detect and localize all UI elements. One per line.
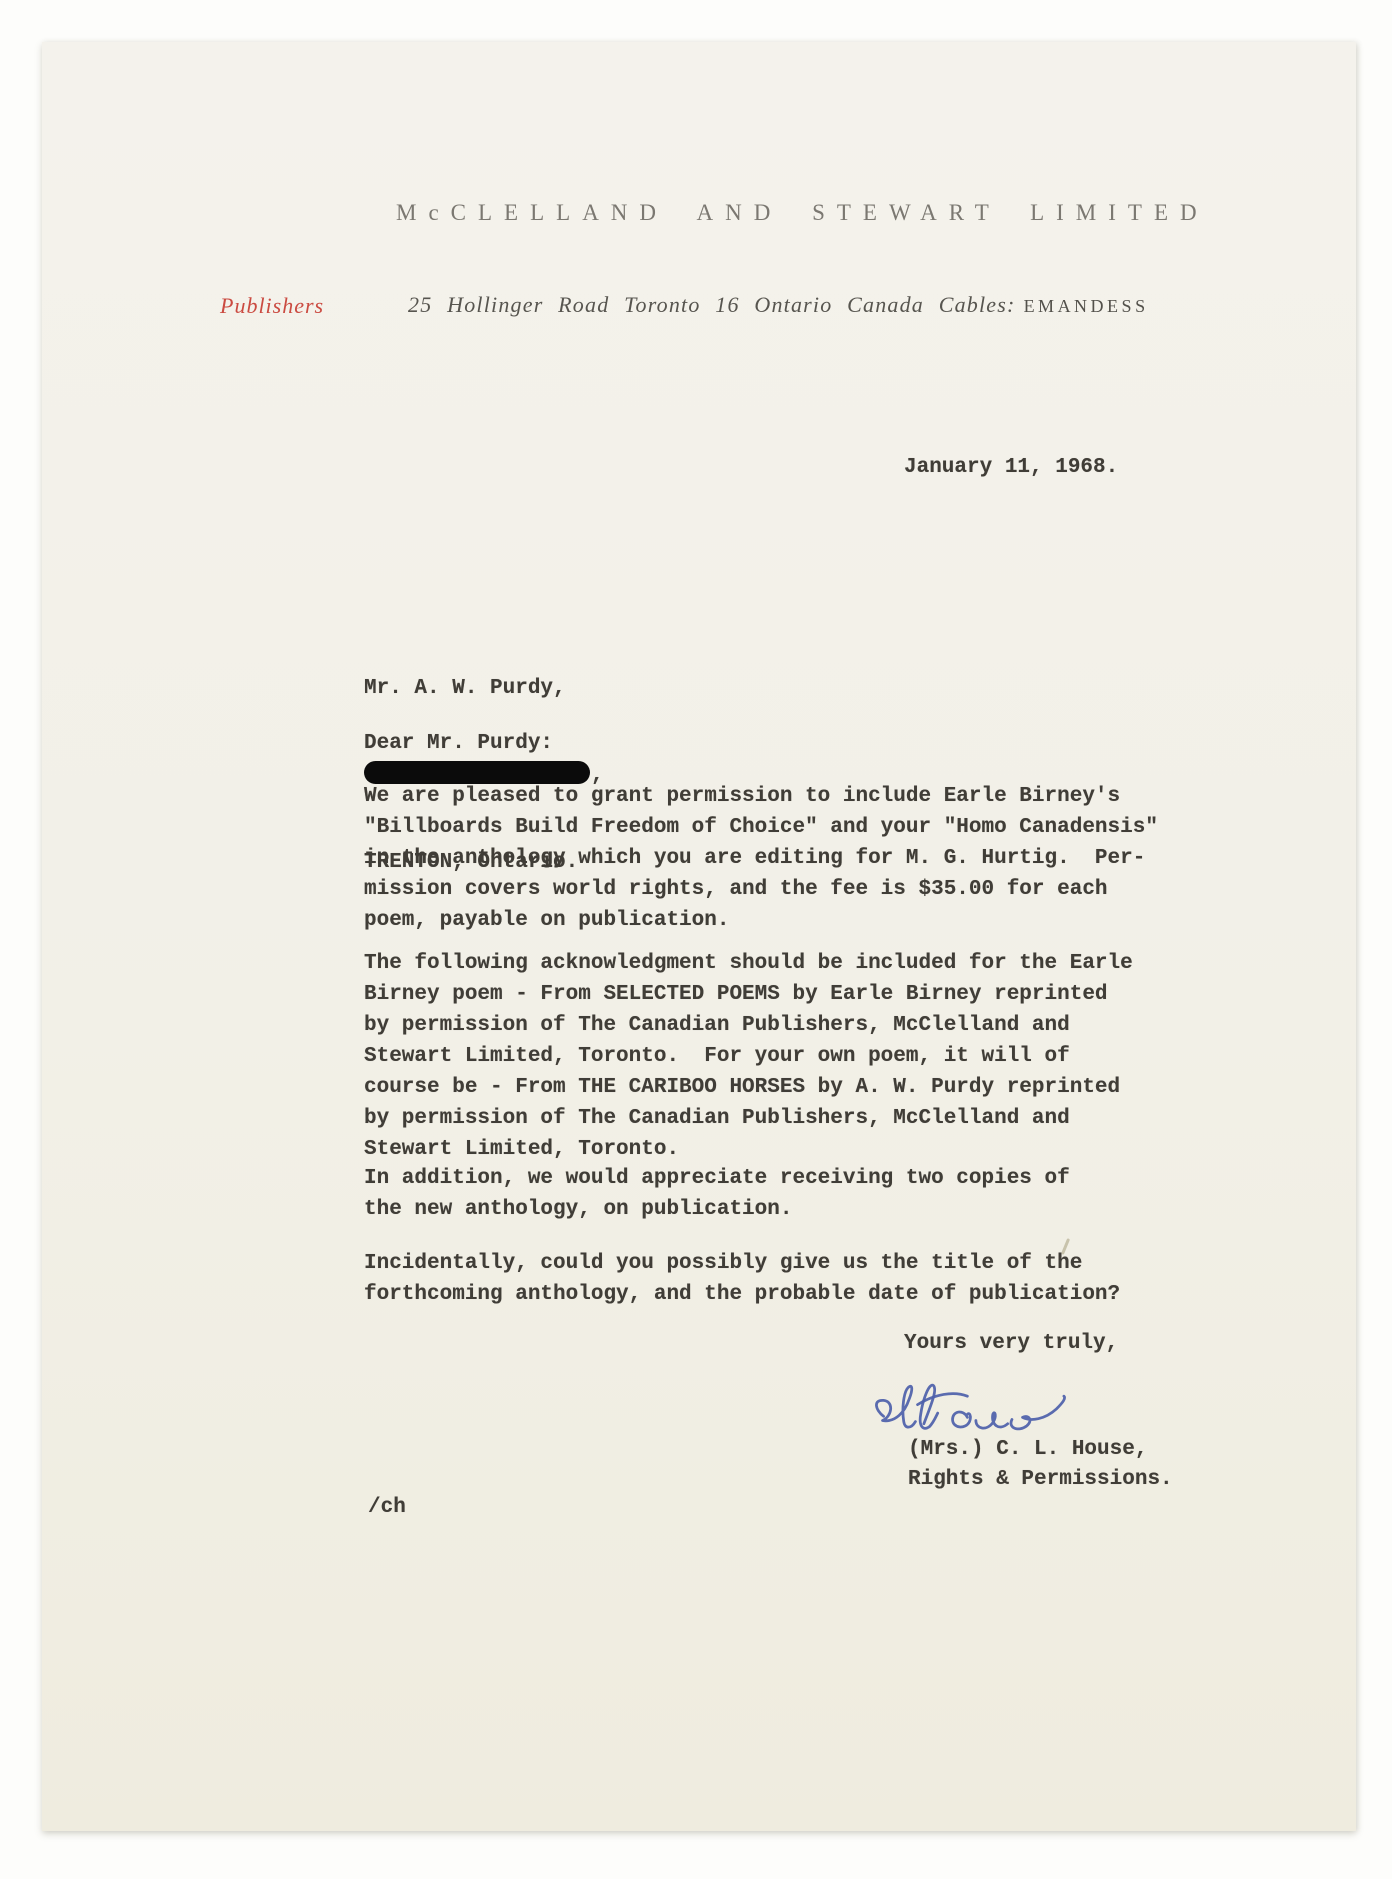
letterhead-address-line: 25 Hollinger Road Toronto 16 Ontario Can… bbox=[408, 292, 1149, 318]
letter-page: McCLELLAND AND STEWART LIMITED Publisher… bbox=[42, 42, 1356, 1831]
body-paragraph-2: The following acknowledgment should be i… bbox=[364, 948, 1133, 1165]
letterhead-publishers-label: Publishers bbox=[220, 293, 324, 319]
signer-name: (Mrs.) C. L. House, bbox=[908, 1434, 1147, 1465]
letterhead-address-text: 25 Hollinger Road Toronto 16 Ontario Can… bbox=[408, 292, 1016, 317]
letterhead-cable-code: EMANDESS bbox=[1024, 296, 1149, 316]
signer-title: Rights & Permissions. bbox=[908, 1464, 1173, 1495]
body-paragraph-3: In addition, we would appreciate receivi… bbox=[364, 1163, 1070, 1225]
complimentary-closing: Yours very truly, bbox=[904, 1328, 1118, 1359]
letterhead-company-name: McCLELLAND AND STEWART LIMITED bbox=[396, 200, 1209, 226]
body-paragraph-4: Incidentally, could you possibly give us… bbox=[364, 1248, 1120, 1310]
recipient-name-line: Mr. A. W. Purdy, bbox=[364, 674, 604, 703]
typist-initials: /ch bbox=[368, 1492, 406, 1523]
salutation: Dear Mr. Purdy: bbox=[364, 728, 553, 759]
body-paragraph-1: We are pleased to grant permission to in… bbox=[364, 781, 1158, 936]
letter-date: January 11, 1968. bbox=[904, 452, 1118, 483]
